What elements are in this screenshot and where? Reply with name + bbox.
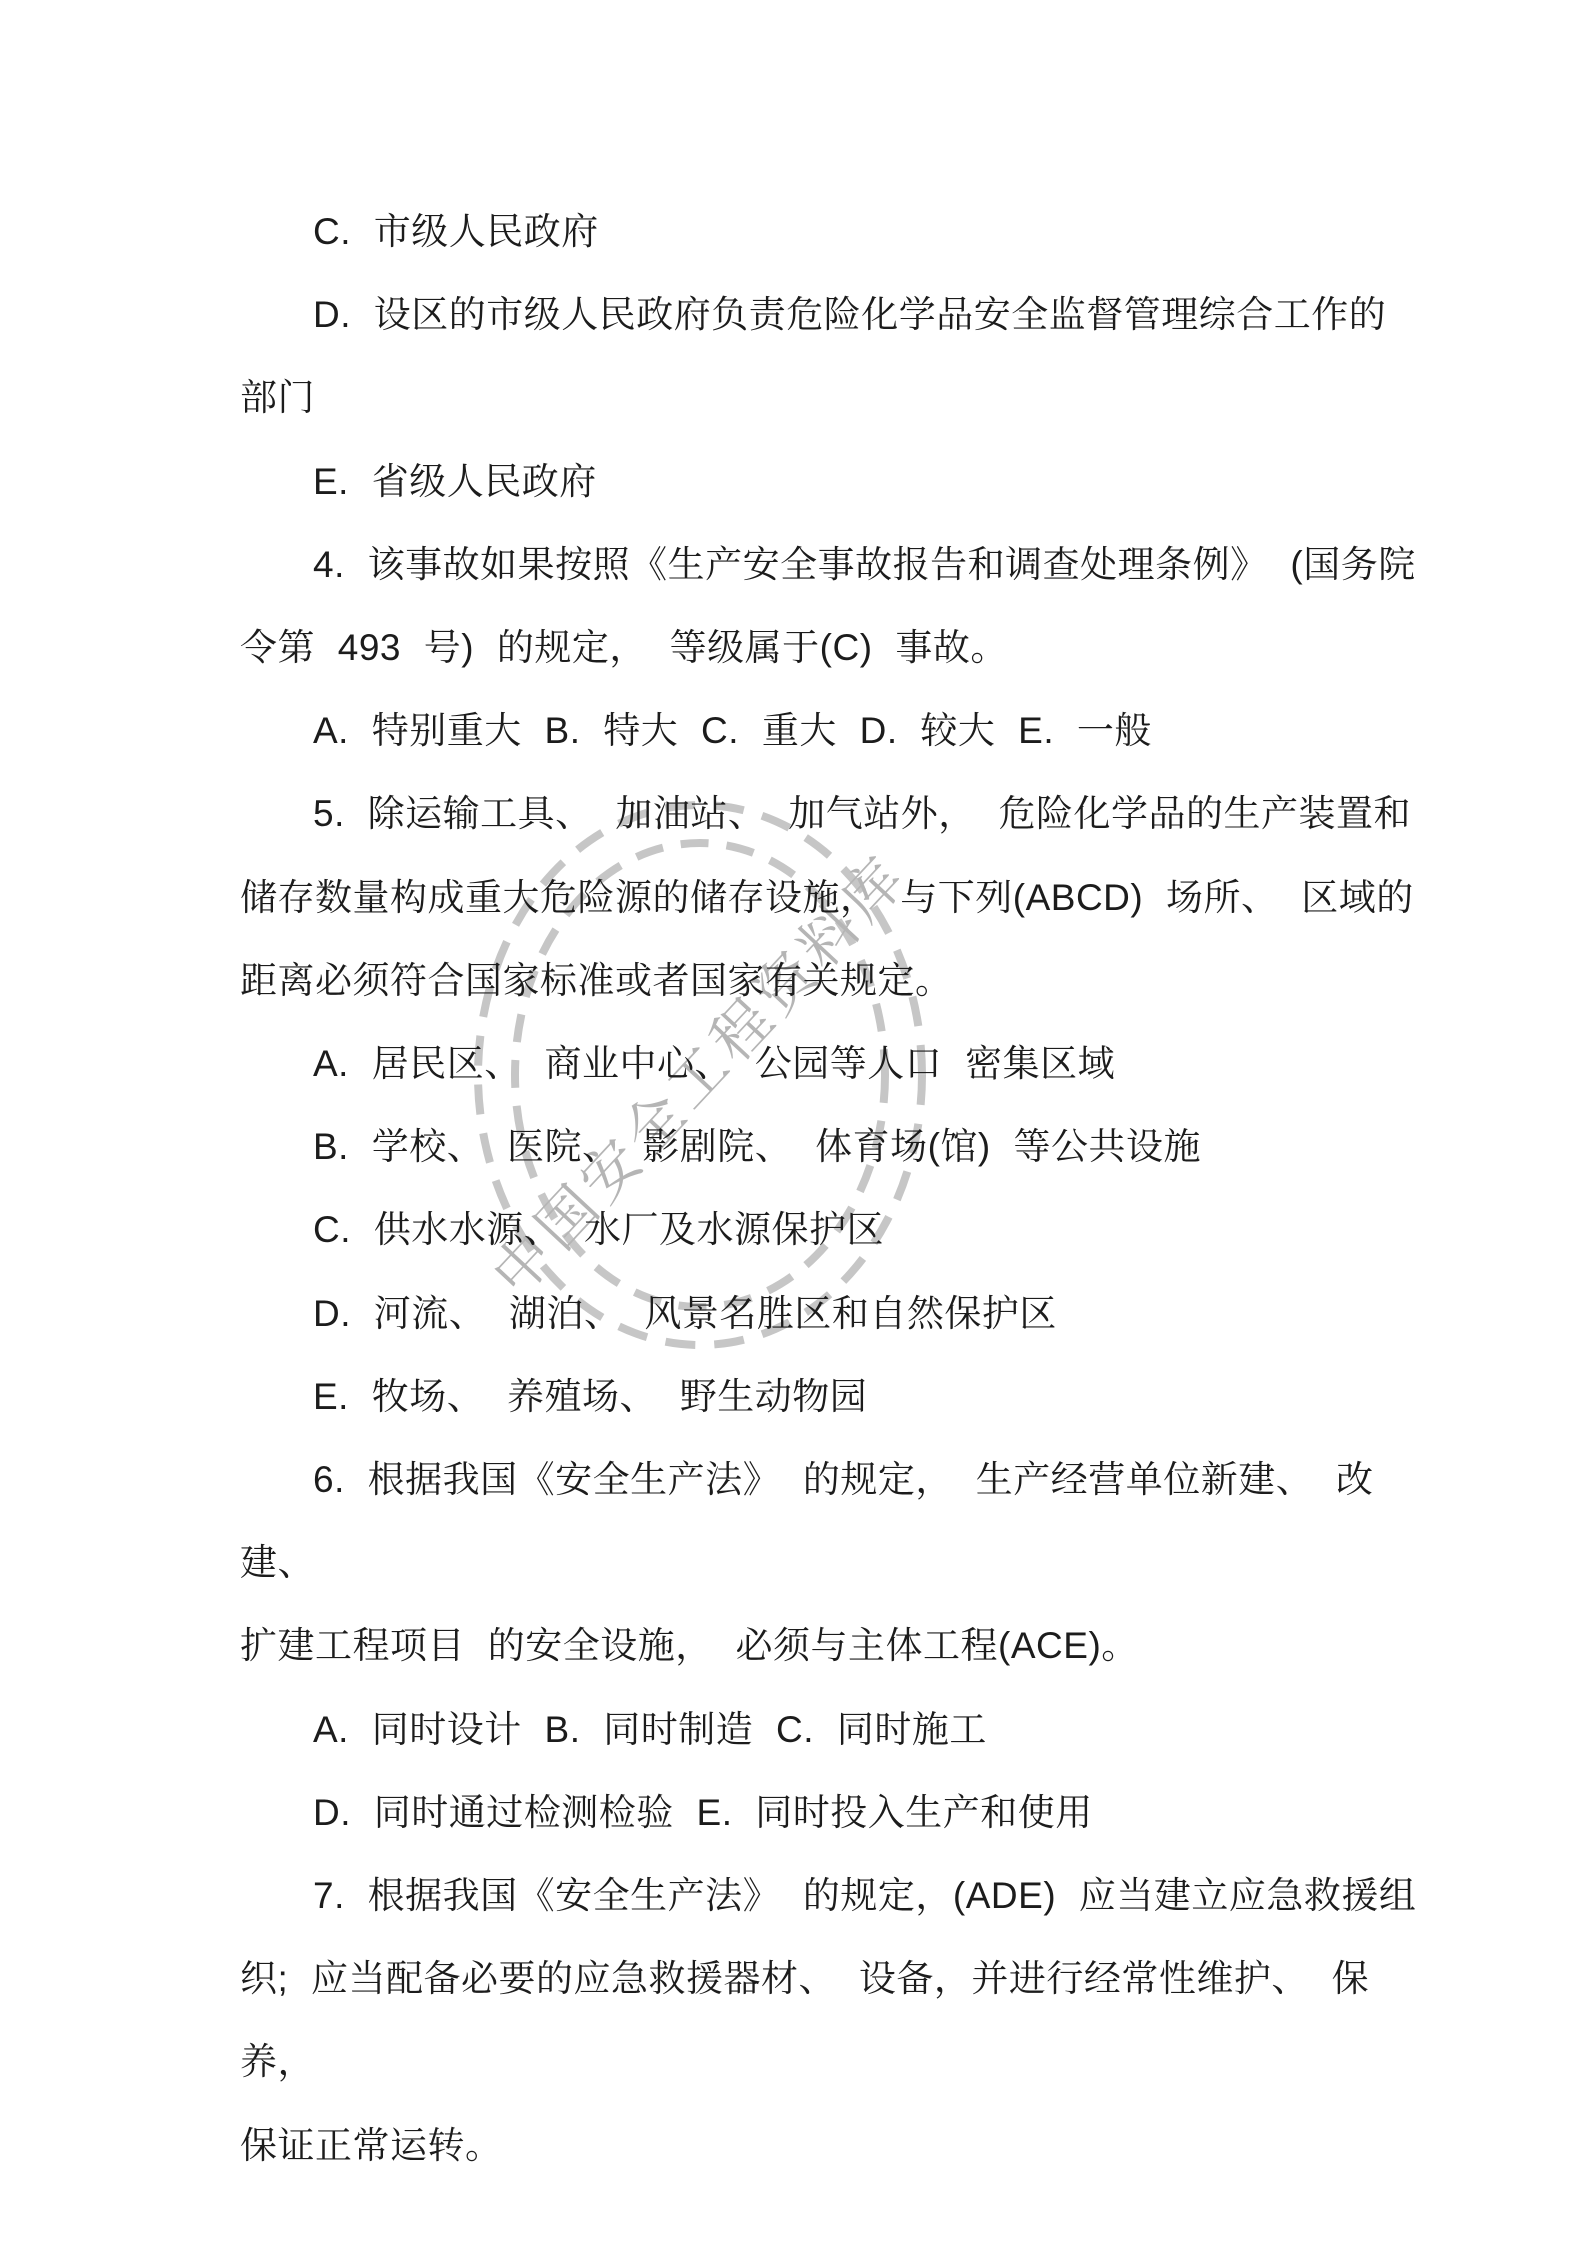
text-line: 部门	[240, 356, 1437, 439]
document-page: 中国安全工程资料库 C. 市级人民政府D. 设区的市级人民政府负责危险化学品安全…	[0, 0, 1587, 2245]
text-line: D. 河流、 湖泊、 风景名胜区和自然保护区	[240, 1272, 1437, 1355]
text-line: A. 同时设计 B. 同时制造 C. 同时施工	[240, 1688, 1437, 1771]
text-line: E. 牧场、 养殖场、 野生动物园	[240, 1355, 1437, 1438]
text-line: C. 市级人民政府	[240, 190, 1437, 273]
text-line: A. 居民区、 商业中心、 公园等人口 密集区域	[240, 1022, 1437, 1105]
text-line: 扩建工程项目 的安全设施， 必须与主体工程(ACE)。	[240, 1604, 1437, 1687]
text-line: E. 省级人民政府	[240, 440, 1437, 523]
text-line: 7. 根据我国《安全生产法》 的规定，(ADE) 应当建立应急救援组	[240, 1854, 1437, 1937]
document-body: C. 市级人民政府D. 设区的市级人民政府负责危险化学品安全监督管理综合工作的部…	[0, 0, 1587, 2187]
text-line: 织; 应当配备必要的应急救援器材、 设备，并进行经常性维护、 保养，	[240, 1937, 1437, 2103]
text-line: A. 特别重大 B. 特大 C. 重大 D. 较大 E. 一般	[240, 689, 1437, 772]
text-line: D. 设区的市级人民政府负责危险化学品安全监督管理综合工作的	[240, 273, 1437, 356]
text-line: 储存数量构成重大危险源的储存设施， 与下列(ABCD) 场所、 区域的	[240, 856, 1437, 939]
text-line: 5. 除运输工具、 加油站、 加气站外， 危险化学品的生产装置和	[240, 772, 1437, 855]
text-line: 令第 493 号) 的规定， 等级属于(C) 事故。	[240, 606, 1437, 689]
text-line: D. 同时通过检测检验 E. 同时投入生产和使用	[240, 1771, 1437, 1854]
text-line: 距离必须符合国家标准或者国家有关规定。	[240, 939, 1437, 1022]
text-line: 6. 根据我国《安全生产法》 的规定， 生产经营单位新建、 改建、	[240, 1438, 1437, 1604]
text-line: B. 学校、 医院、 影剧院、 体育场(馆) 等公共设施	[240, 1105, 1437, 1188]
text-line: 4. 该事故如果按照《生产安全事故报告和调查处理条例》 (国务院	[240, 523, 1437, 606]
text-line: C. 供水水源、 水厂及水源保护区	[240, 1188, 1437, 1271]
text-line: 保证正常运转。	[240, 2104, 1437, 2187]
